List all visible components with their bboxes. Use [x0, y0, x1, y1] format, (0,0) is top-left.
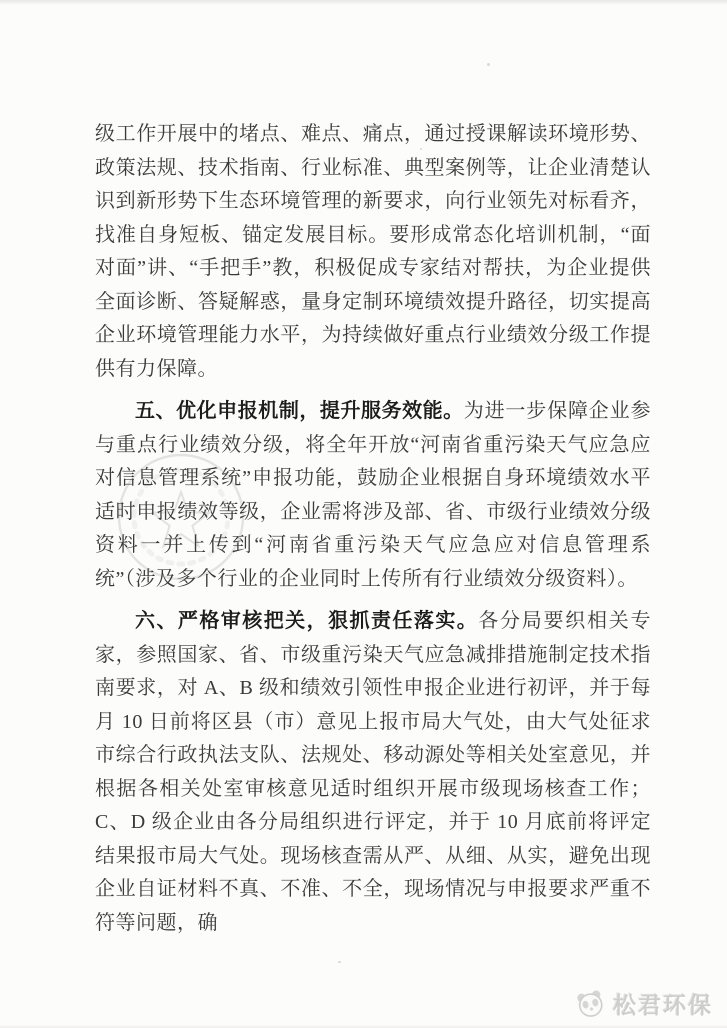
scanned-document-page: 级工作开展中的堵点、难点、痛点，通过授课解读环境形势、政策法规、技术指南、行业标…: [0, 0, 727, 1028]
section-heading: 五、优化申报机制，提升服务效能。: [135, 400, 464, 422]
body-text: 各分局要织相关专家，参照国家、省、市级重污染天气应急减排措施制定技术指南要求，对…: [95, 610, 651, 934]
section-heading: 六、严格审核把关，狠抓责任落实。: [135, 610, 478, 632]
scan-edge-top: [0, 0, 727, 5]
watermark: 松君环保: [574, 987, 713, 1020]
paragraph: 级工作开展中的堵点、难点、痛点，通过授课解读环境形势、政策法规、技术指南、行业标…: [95, 118, 651, 386]
panda-logo-icon: [574, 988, 608, 1020]
scan-speck: [338, 961, 341, 963]
body-text: 为进一步保障企业参与重点行业绩效分级，将全年开放“河南省重污染天气应急应对信息管…: [95, 400, 651, 590]
paragraph: 六、严格审核把关，狠抓责任落实。各分局要织相关专家，参照国家、省、市级重污染天气…: [95, 605, 651, 940]
body-text: 级工作开展中的堵点、难点、痛点，通过授课解读环境形势、政策法规、技术指南、行业标…: [95, 123, 651, 380]
watermark-text: 松君环保: [613, 987, 713, 1020]
paragraph: 五、优化申报机制，提升服务效能。为进一步保障企业参与重点行业绩效分级，将全年开放…: [95, 395, 651, 596]
document-body: 级工作开展中的堵点、难点、痛点，通过授课解读环境形势、政策法规、技术指南、行业标…: [95, 118, 651, 940]
scan-speck: [487, 63, 490, 66]
